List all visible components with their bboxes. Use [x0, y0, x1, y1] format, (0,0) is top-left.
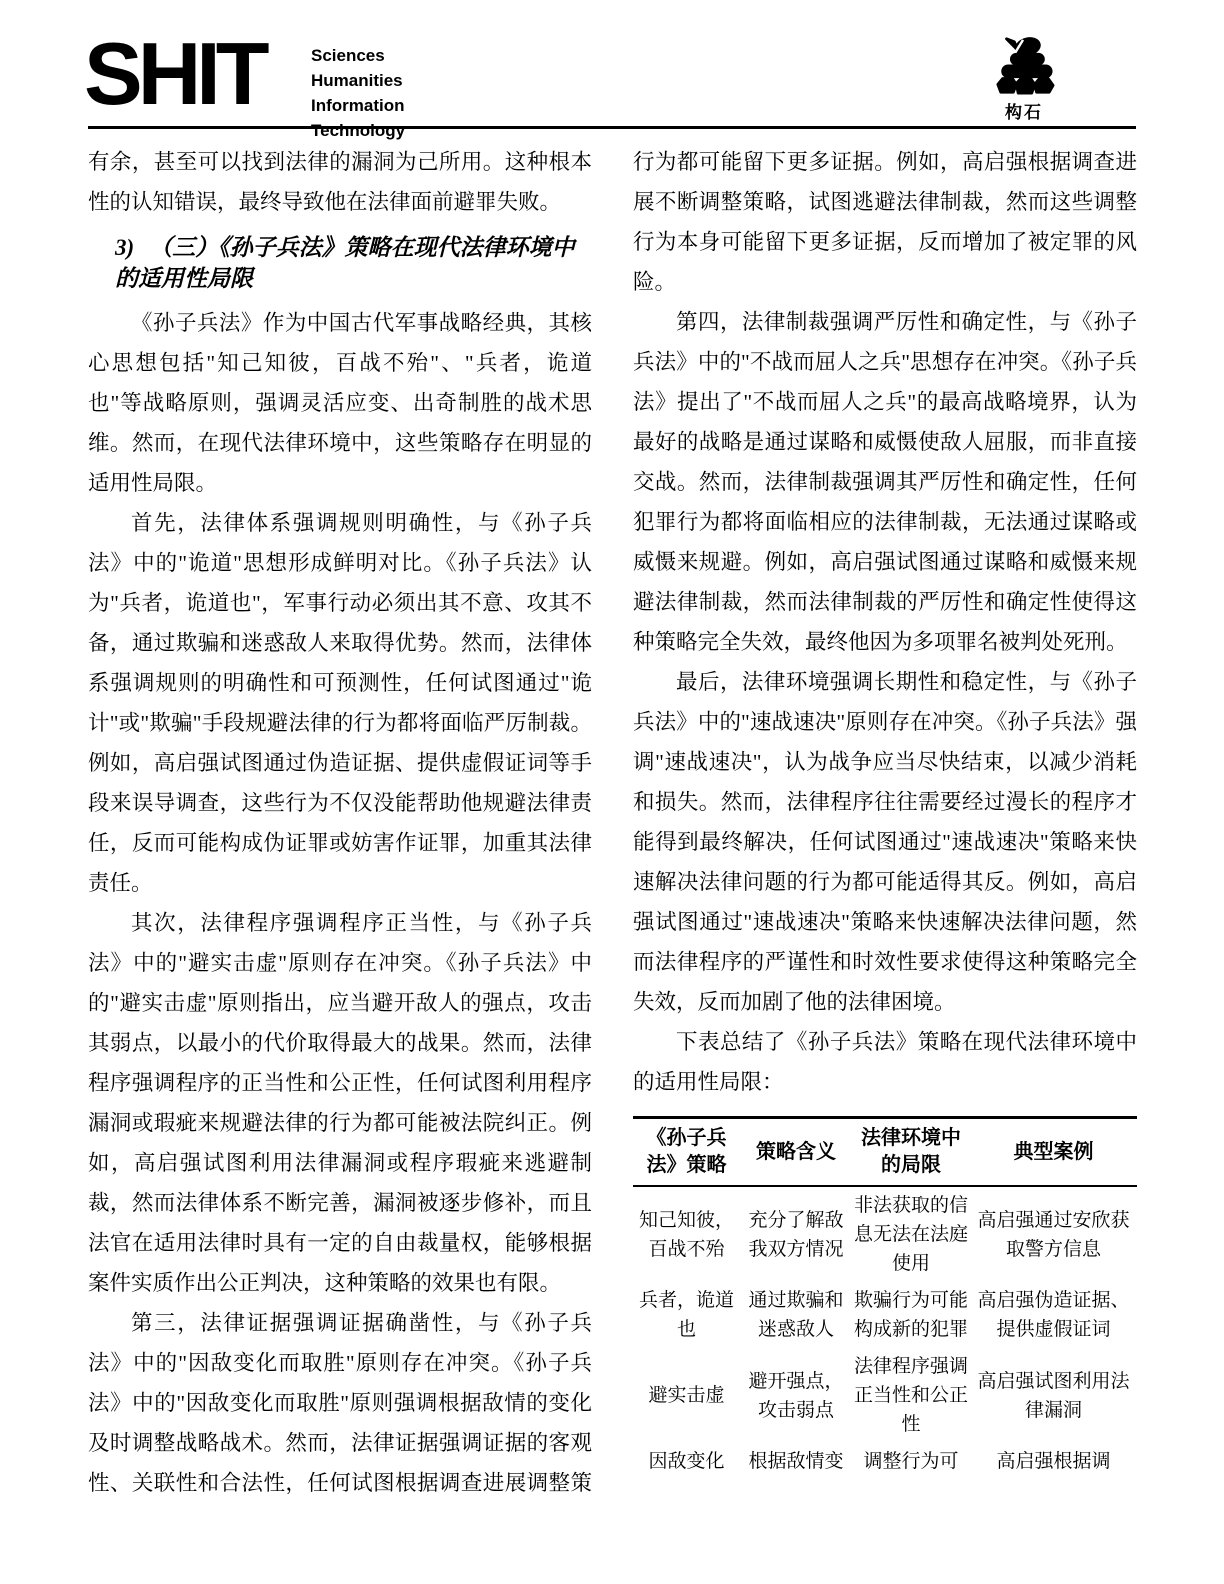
paragraph: 下表总结了《孙子兵法》策略在现代法律环境中的适用性局限：: [633, 1022, 1137, 1102]
table-cell: 知己知彼，百战不殆: [633, 1186, 740, 1282]
column-header: 典型案例: [970, 1118, 1137, 1187]
table-row: 因敌变化 根据敌情变 调整行为可 高启强根据调: [633, 1443, 1137, 1480]
left-column: 有余，甚至可以找到法律的漏洞为己所用。这种根本性的认知错误，最终导致他在法律面前…: [88, 142, 592, 1494]
paragraph: 有余，甚至可以找到法律的漏洞为己所用。这种根本性的认知错误，最终导致他在法律面前…: [88, 142, 592, 222]
org-label: 构石: [972, 98, 1076, 123]
header-divider: [88, 126, 1136, 129]
tagline-line: Sciences: [311, 43, 405, 68]
table-cell: 非法获取的信息无法在法庭使用: [852, 1186, 970, 1282]
column-header: 法律环境中的局限: [852, 1118, 970, 1187]
tagline-line: Humanities: [311, 68, 405, 93]
paragraph: 第四，法律制裁强调严厉性和确定性，与《孙子兵法》中的"不战而屈人之兵"思想存在冲…: [633, 302, 1137, 662]
table-cell: 高启强通过安欣获取警方信息: [970, 1186, 1137, 1282]
table-header-row: 《孙子兵法》策略 策略含义 法律环境中的局限 典型案例: [633, 1118, 1137, 1187]
table-cell: 充分了解敌我双方情况: [740, 1186, 852, 1282]
table-cell: 高启强根据调: [970, 1443, 1137, 1480]
paragraph: 首先，法律体系强调规则明确性，与《孙子兵法》中的"诡道"思想形成鲜明对比。《孙子…: [88, 503, 592, 903]
table-cell: 避开强点，攻击弱点: [740, 1348, 852, 1443]
tagline-line: Information: [311, 93, 405, 118]
section-title: （三）《孙子兵法》策略在现代法律环境中的适用性局限: [115, 235, 575, 291]
organization-mark: 构石: [972, 36, 1076, 123]
stone-cairn-icon: [989, 36, 1059, 96]
table-cell: 法律程序强调正当性和公正性: [852, 1348, 970, 1443]
paragraph: 最后，法律环境强调长期性和稳定性，与《孙子兵法》中的"速战速决"原则存在冲突。《…: [633, 662, 1137, 1022]
right-column: 行为都可能留下更多证据。例如，高启强根据调查进展不断调整策略，试图逃避法律制裁，…: [633, 142, 1137, 1494]
section-number: 3): [115, 235, 134, 260]
paragraph: 行为都可能留下更多证据。例如，高启强根据调查进展不断调整策略，试图逃避法律制裁，…: [633, 142, 1137, 302]
table-cell: 因敌变化: [633, 1443, 740, 1480]
shit-logo: SHIT: [84, 34, 264, 114]
table-cell: 高启强伪造证据、提供虚假证词: [970, 1282, 1137, 1348]
table-row: 知己知彼，百战不殆 充分了解敌我双方情况 非法获取的信息无法在法庭使用 高启强通…: [633, 1186, 1137, 1282]
table-cell: 调整行为可: [852, 1443, 970, 1480]
table-row: 避实击虚 避开强点，攻击弱点 法律程序强调正当性和公正性 高启强试图利用法律漏洞: [633, 1348, 1137, 1443]
paragraph: 《孙子兵法》作为中国古代军事战略经典，其核心思想包括"知己知彼，百战不殆"、"兵…: [88, 303, 592, 503]
table-cell: 欺骗行为可能构成新的犯罪: [852, 1282, 970, 1348]
paragraph: 其次，法律程序强调程序正当性，与《孙子兵法》中的"避实击虚"原则存在冲突。《孙子…: [88, 903, 592, 1303]
table-cell: 根据敌情变: [740, 1443, 852, 1480]
table-cell: 通过欺骗和迷惑敌人: [740, 1282, 852, 1348]
table-cell: 兵者，诡道也: [633, 1282, 740, 1348]
paragraph: 第三，法律证据强调证据确凿性，与《孙子兵法》中的"因敌变化而取胜"原则存在冲突。…: [88, 1303, 592, 1494]
section-heading: 3)（三）《孙子兵法》策略在现代法律环境中的适用性局限: [88, 232, 592, 294]
column-header: 策略含义: [740, 1118, 852, 1187]
document-page: SHIT Sciences Humanities Information Tec…: [0, 0, 1224, 1584]
table-row: 兵者，诡道也 通过欺骗和迷惑敌人 欺骗行为可能构成新的犯罪 高启强伪造证据、提供…: [633, 1282, 1137, 1348]
strategy-limitations-table: 《孙子兵法》策略 策略含义 法律环境中的局限 典型案例 知己知彼，百战不殆 充分…: [633, 1116, 1137, 1480]
tagline-line: Technology: [311, 118, 405, 143]
table-cell: 高启强试图利用法律漏洞: [970, 1348, 1137, 1443]
column-header: 《孙子兵法》策略: [633, 1118, 740, 1187]
table-cell: 避实击虚: [633, 1348, 740, 1443]
